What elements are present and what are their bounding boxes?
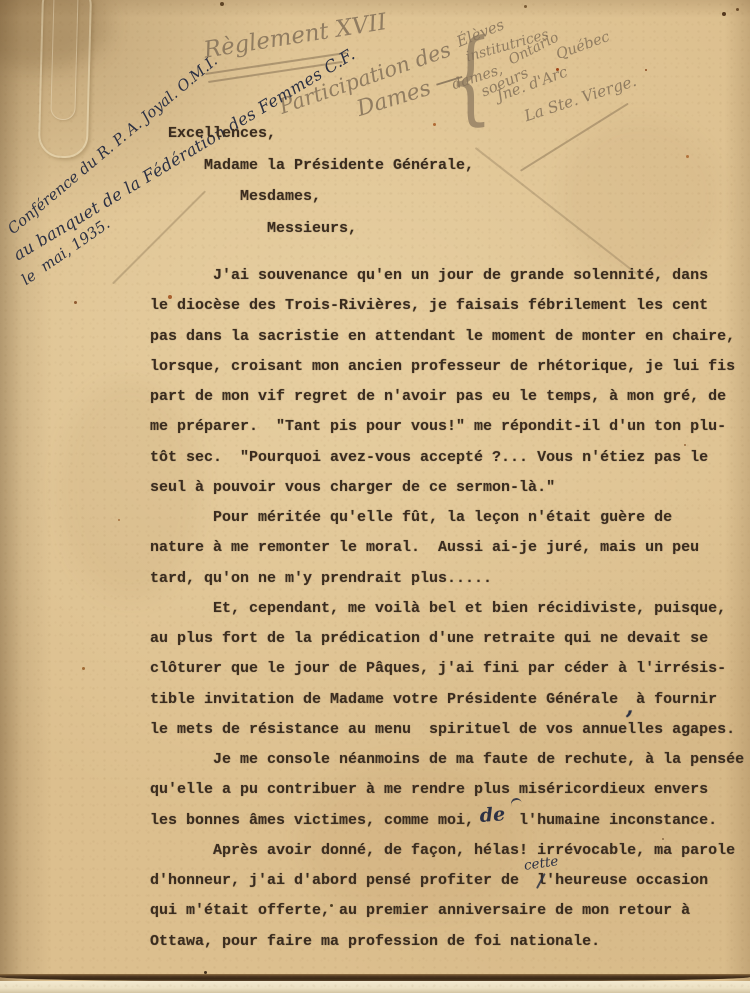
- body-line-7: seul à pouvoir vous charger de ce sermon…: [150, 473, 744, 503]
- pencil-stray-line: [475, 147, 641, 277]
- body-line-18: les bonnes âmes victimes, comme moi, l'h…: [150, 806, 744, 836]
- body-line-15: le mets de résistance au menu spirituel …: [150, 715, 744, 745]
- pencil-list-item-quebec: Québec: [554, 29, 612, 63]
- body-line-10: tard, qu'on ne m'y prendrait plus.....: [150, 564, 744, 594]
- foxing-spot: [722, 12, 726, 16]
- body-line-14: tible invitation de Madame votre Préside…: [150, 685, 744, 715]
- body-line-12: au plus fort de la prédication d'une ret…: [150, 624, 744, 654]
- body-line-0: J'ai souvenance qu'en un jour de grande …: [150, 261, 744, 291]
- salutation-line-3: Messieurs,: [150, 213, 474, 245]
- scanner-background-strip: [0, 981, 750, 993]
- body-line-4: part de mon vif regret de n'avoir pas eu…: [150, 382, 744, 412]
- foxing-spot: [82, 667, 85, 670]
- body-line-19: Après avoir donné, de façon, hélas! irré…: [150, 836, 744, 866]
- salutation-line-1: Madame la Présidente Générale,: [150, 150, 474, 182]
- salutation-line-2: Mesdames,: [150, 181, 474, 213]
- body-line-8: Pour méritée qu'elle fût, la leçon n'éta…: [150, 503, 744, 533]
- foxing-spot: [74, 301, 77, 304]
- salutation-block: Excellences, Madame la Présidente Généra…: [150, 118, 474, 244]
- scanned-letter-page: Règlement XVII Participation des Dames ─…: [0, 0, 750, 993]
- letter-body-block: J'ai souvenance qu'en un jour de grande …: [150, 261, 744, 957]
- foxing-spot: [220, 2, 224, 6]
- body-line-22: Ottawa, pour faire ma profession de foi …: [150, 927, 744, 957]
- body-line-2: pas dans la sacristie en attendant le mo…: [150, 322, 744, 352]
- page-bottom-edge: [0, 974, 750, 981]
- foxing-spot: [524, 5, 527, 8]
- body-line-3: lorsque, croisant mon ancien professeur …: [150, 352, 744, 382]
- foxing-spot: [645, 69, 647, 71]
- body-line-20: d'honneur, j'ai d'abord pensé profiter d…: [150, 866, 744, 896]
- foxing-spot: [736, 8, 739, 11]
- ink-insert-comma: ,: [625, 694, 634, 719]
- ink-insert-de: de: [479, 803, 506, 827]
- body-line-5: me préparer. "Tant pis pour vous!" me ré…: [150, 412, 744, 442]
- body-line-6: tôt sec. "Pourquoi avez-vous accepté ?..…: [150, 443, 744, 473]
- paper-stain: [560, 120, 720, 280]
- body-line-1: le diocèse des Trois-Rivières, je faisai…: [150, 291, 744, 321]
- foxing-spot: [686, 155, 689, 158]
- pencil-note-reglement: Règlement XVII: [202, 9, 388, 64]
- body-line-13: clôturer que le jour de Pâques, j'ai fin…: [150, 654, 744, 684]
- body-line-11: Et, cependant, me voilà bel et bien réci…: [150, 594, 744, 624]
- paperclip-impression-inner: [50, 0, 78, 120]
- body-line-16: Je me console néanmoins de ma faute de r…: [150, 745, 744, 775]
- salutation-line-0: Excellences,: [150, 118, 474, 150]
- body-line-9: nature à me remonter le moral. Aussi ai-…: [150, 533, 744, 563]
- foxing-spot: [118, 519, 120, 521]
- body-line-21: qui m'était offerte, au premier annivers…: [150, 896, 744, 926]
- body-line-17: qu'elle a pu contribuer à me rendre plus…: [150, 775, 744, 805]
